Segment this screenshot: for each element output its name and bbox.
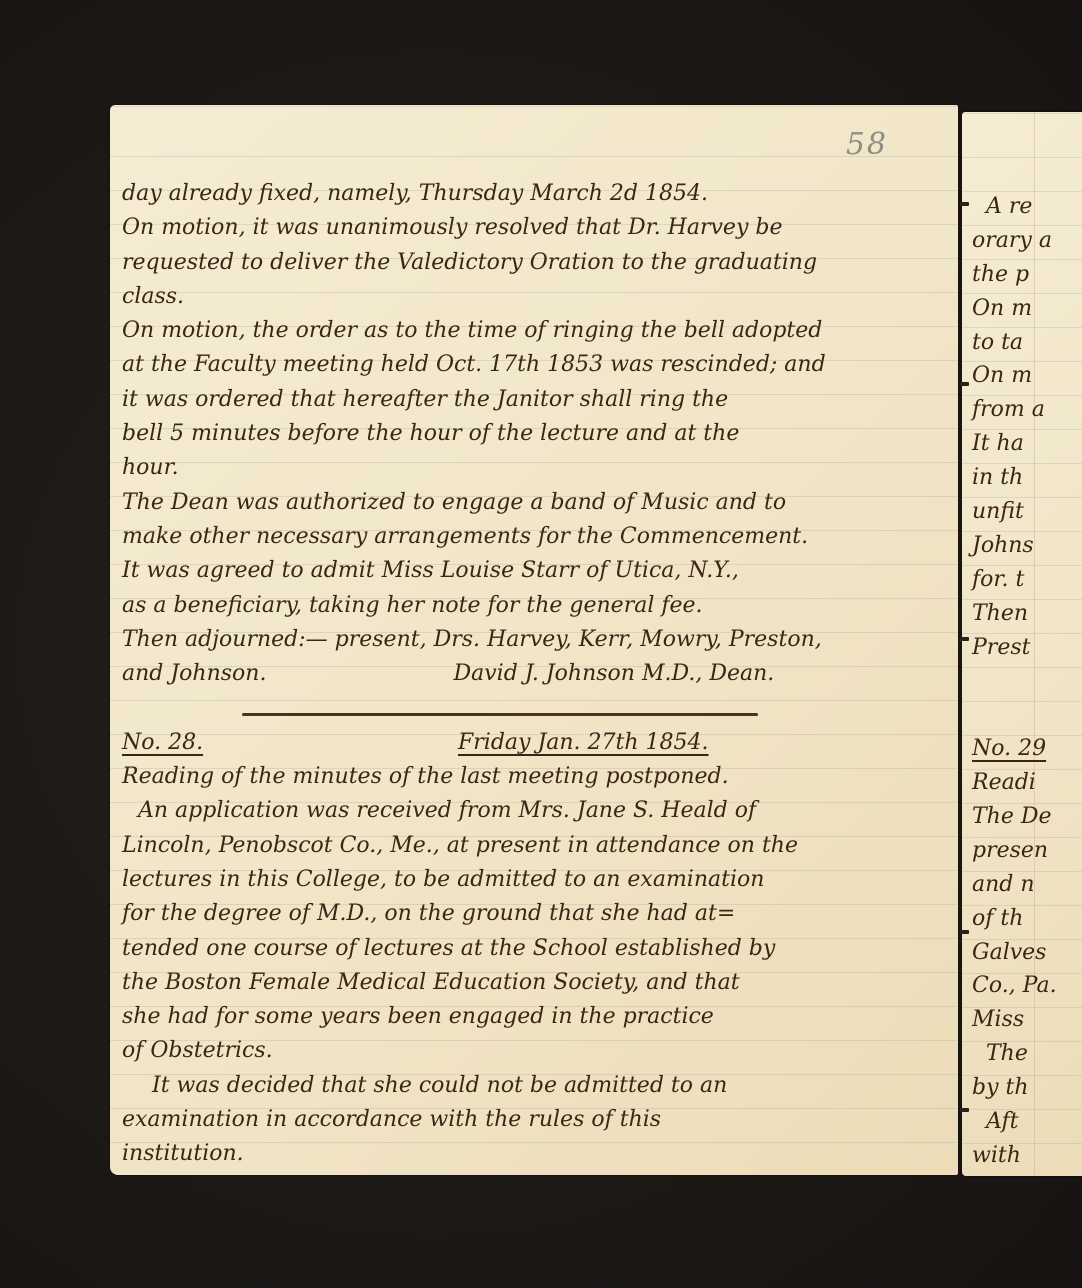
handwritten-line: An application was received from Mrs. Ja…: [122, 794, 826, 828]
handwritten-line: at the Faculty meeting held Oct. 17th 18…: [122, 348, 826, 382]
fragment-line: the p: [972, 258, 1057, 292]
fragment-line: The De: [972, 800, 1057, 834]
entry-number: No. 28.: [122, 726, 203, 760]
handwritten-line: the Boston Female Medical Education Soci…: [122, 966, 826, 1000]
handwritten-line: examination in accordance with the rules…: [122, 1103, 826, 1137]
left-page-text: day already fixed, namely, Thursday Marc…: [122, 177, 826, 1172]
left-page: 58 day already fixed, namely, Thursday M…: [110, 105, 958, 1175]
entry-date: Friday Jan. 27th 1854.: [458, 726, 709, 760]
fragment-line: and n: [972, 868, 1057, 902]
fragment-line: Aft: [972, 1105, 1057, 1139]
entry-number-fragment: No. 29: [972, 732, 1057, 766]
fragment-line: with: [972, 1139, 1057, 1173]
closing-line: and Johnson. David J. Johnson M.D., Dean…: [122, 657, 826, 691]
handwritten-line: make other necessary arrangements for th…: [122, 520, 826, 554]
fragment-line: Readi: [972, 766, 1057, 800]
fragment-line: The: [972, 1037, 1057, 1071]
handwritten-line: she had for some years been engaged in t…: [122, 1000, 826, 1034]
fragment-line: Galves: [972, 936, 1057, 970]
fragment-line: Prest: [972, 631, 1057, 665]
fragment-line: by th: [972, 1071, 1057, 1105]
handwritten-line: Reading of the minutes of the last meeti…: [122, 760, 826, 794]
handwritten-line: it was ordered that hereafter the Janito…: [122, 383, 826, 417]
handwritten-line: On motion, it was unanimously resolved t…: [122, 211, 826, 245]
handwritten-line: day already fixed, namely, Thursday Marc…: [122, 177, 826, 211]
fragment-line: from a: [972, 393, 1057, 427]
binding-stitch: [960, 202, 969, 206]
handwritten-line: tended one course of lectures at the Sch…: [122, 932, 826, 966]
entry-header: No. 28. Friday Jan. 27th 1854.: [122, 726, 826, 760]
fragment-line: Then: [972, 597, 1057, 631]
fragment-line: Miss: [972, 1003, 1057, 1037]
right-page-text: A re orary a the p On m to ta On m from …: [972, 190, 1057, 1173]
fragment-line: for. t: [972, 563, 1057, 597]
handwritten-line: institution.: [122, 1137, 826, 1171]
fragment-line: presen: [972, 834, 1057, 868]
right-page: A re orary a the p On m to ta On m from …: [962, 112, 1082, 1176]
blank-line: [122, 691, 826, 725]
binding-stitch: [960, 1108, 969, 1112]
fragment-line: orary a: [972, 224, 1057, 258]
handwritten-line: lectures in this College, to be admitted…: [122, 863, 826, 897]
handwritten-line: Lincoln, Penobscot Co., Me., at present …: [122, 829, 826, 863]
handwritten-line: bell 5 minutes before the hour of the le…: [122, 417, 826, 451]
fragment-line: A re: [972, 190, 1057, 224]
binding-stitch: [960, 930, 969, 934]
handwritten-line: The Dean was authorized to engage a band…: [122, 486, 826, 520]
fragment-line: Co., Pa.: [972, 969, 1057, 1003]
dean-signature: David J. Johnson M.D., Dean.: [453, 657, 774, 691]
handwritten-line: On motion, the order as to the time of r…: [122, 314, 826, 348]
entry-divider-rule: [242, 713, 758, 716]
handwritten-line: as a beneficiary, taking her note for th…: [122, 589, 826, 623]
blank-line: [972, 698, 1057, 732]
fragment-line: On m: [972, 359, 1057, 393]
handwritten-line: of Obstetrics.: [122, 1034, 826, 1068]
binding-stitch: [960, 637, 969, 641]
handwritten-line: hour.: [122, 451, 826, 485]
closing-text: and Johnson.: [122, 661, 266, 686]
page-number: 58: [846, 127, 888, 162]
fragment-line: Johns: [972, 529, 1057, 563]
scanned-manuscript: 58 day already fixed, namely, Thursday M…: [0, 0, 1082, 1288]
fragment-line: of th: [972, 902, 1057, 936]
handwritten-line: Then adjourned:— present, Drs. Harvey, K…: [122, 623, 826, 657]
fragment-line: unfit: [972, 495, 1057, 529]
fragment-line: It ha: [972, 427, 1057, 461]
handwritten-line: It was decided that she could not be adm…: [122, 1069, 826, 1103]
handwritten-line: It was agreed to admit Miss Louise Starr…: [122, 554, 826, 588]
fragment-line: On m: [972, 292, 1057, 326]
handwritten-line: for the degree of M.D., on the ground th…: [122, 897, 826, 931]
handwritten-line: requested to deliver the Valedictory Ora…: [122, 246, 826, 280]
blank-line: [972, 664, 1057, 698]
binding-stitch: [960, 382, 969, 386]
handwritten-line: class.: [122, 280, 826, 314]
fragment-line: in th: [972, 461, 1057, 495]
fragment-line: to ta: [972, 326, 1057, 360]
